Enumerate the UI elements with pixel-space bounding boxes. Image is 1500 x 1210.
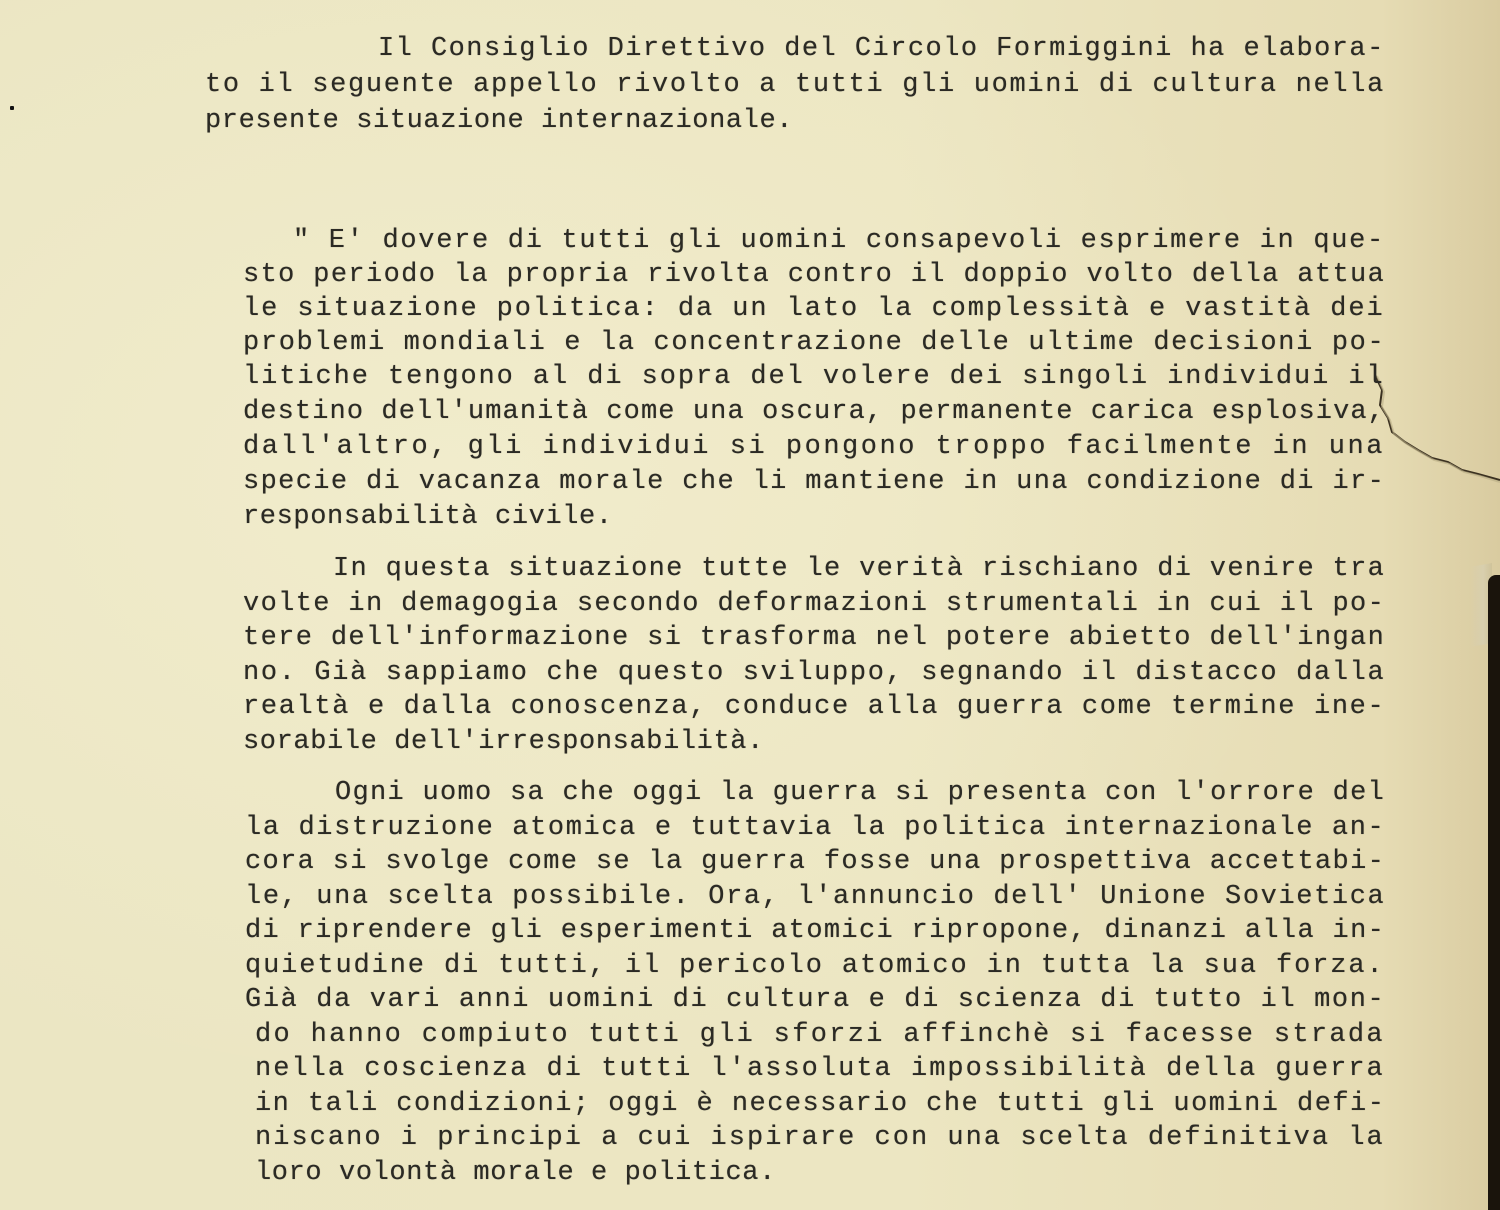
paper-tear-mark	[1370, 370, 1500, 500]
paragraph-3-line: loro volontà morale e politica.	[255, 1156, 776, 1190]
paragraph-1-line: sto periodo la propria rivolta contro il…	[243, 258, 1385, 292]
paragraph-3-line: nella coscienza di tutti l'assoluta impo…	[255, 1052, 1385, 1086]
paragraph-2-line: In questa situazione tutte le verità ris…	[333, 552, 1385, 586]
paragraph-1-line: specie di vacanza morale che li mantiene…	[243, 465, 1385, 499]
paragraph-3-line: cora si svolge come se la guerra fosse u…	[245, 845, 1385, 879]
intro-line: Il Consiglio Direttivo del Circolo Formi…	[378, 32, 1385, 66]
page-edge-shadow	[1488, 575, 1500, 1210]
paragraph-3-line: Già da vari anni uomini di cultura e di …	[245, 983, 1385, 1017]
paragraph-1-line: destino dell'umanità come una oscura, pe…	[243, 395, 1385, 429]
paragraph-2-line: no. Già sappiamo che questo sviluppo, se…	[243, 656, 1385, 690]
paragraph-1-line: problemi mondiali e la concentrazione de…	[243, 326, 1385, 360]
paragraph-3-line: quietudine di tutti, il pericolo atomico…	[245, 949, 1385, 983]
paragraph-2-line: sorabile dell'irresponsabilità.	[243, 725, 764, 759]
paragraph-2-line: realtà e dalla conoscenza, conduce alla …	[243, 690, 1385, 724]
ink-speck	[10, 106, 14, 110]
paragraph-3-line: do hanno compiuto tutti gli sforzi affin…	[255, 1018, 1385, 1052]
paragraph-3-line: le, una scelta possibile. Ora, l'annunci…	[245, 880, 1385, 914]
intro-line: to il seguente appello rivolto a tutti g…	[205, 68, 1385, 102]
paragraph-1-line: dall'altro, gli individui si pongono tro…	[243, 430, 1385, 464]
paragraph-1-line: responsabilità civile.	[243, 500, 613, 534]
paragraph-3-line: la distruzione atomica e tuttavia la pol…	[245, 811, 1385, 845]
paragraph-1-line: le situazione politica: da un lato la co…	[243, 292, 1385, 326]
paragraph-1-line: " E' dovere di tutti gli uomini consapev…	[293, 224, 1385, 258]
paragraph-3-line: in tali condizioni; oggi è necessario ch…	[255, 1087, 1385, 1121]
paragraph-3-line: Ogni uomo sa che oggi la guerra si prese…	[335, 776, 1385, 810]
intro-line: presente situazione internazionale.	[205, 104, 793, 138]
paragraph-3-line: niscano i principi a cui ispirare con un…	[255, 1121, 1385, 1155]
paragraph-3-line: di riprendere gli esperimenti atomici ri…	[245, 914, 1385, 948]
paragraph-2-line: volte in demagogia secondo deformazioni …	[243, 587, 1385, 621]
paragraph-1-line: litiche tengono al di sopra del volere d…	[243, 360, 1385, 394]
paragraph-2-line: tere dell'informazione si trasforma nel …	[243, 621, 1385, 655]
